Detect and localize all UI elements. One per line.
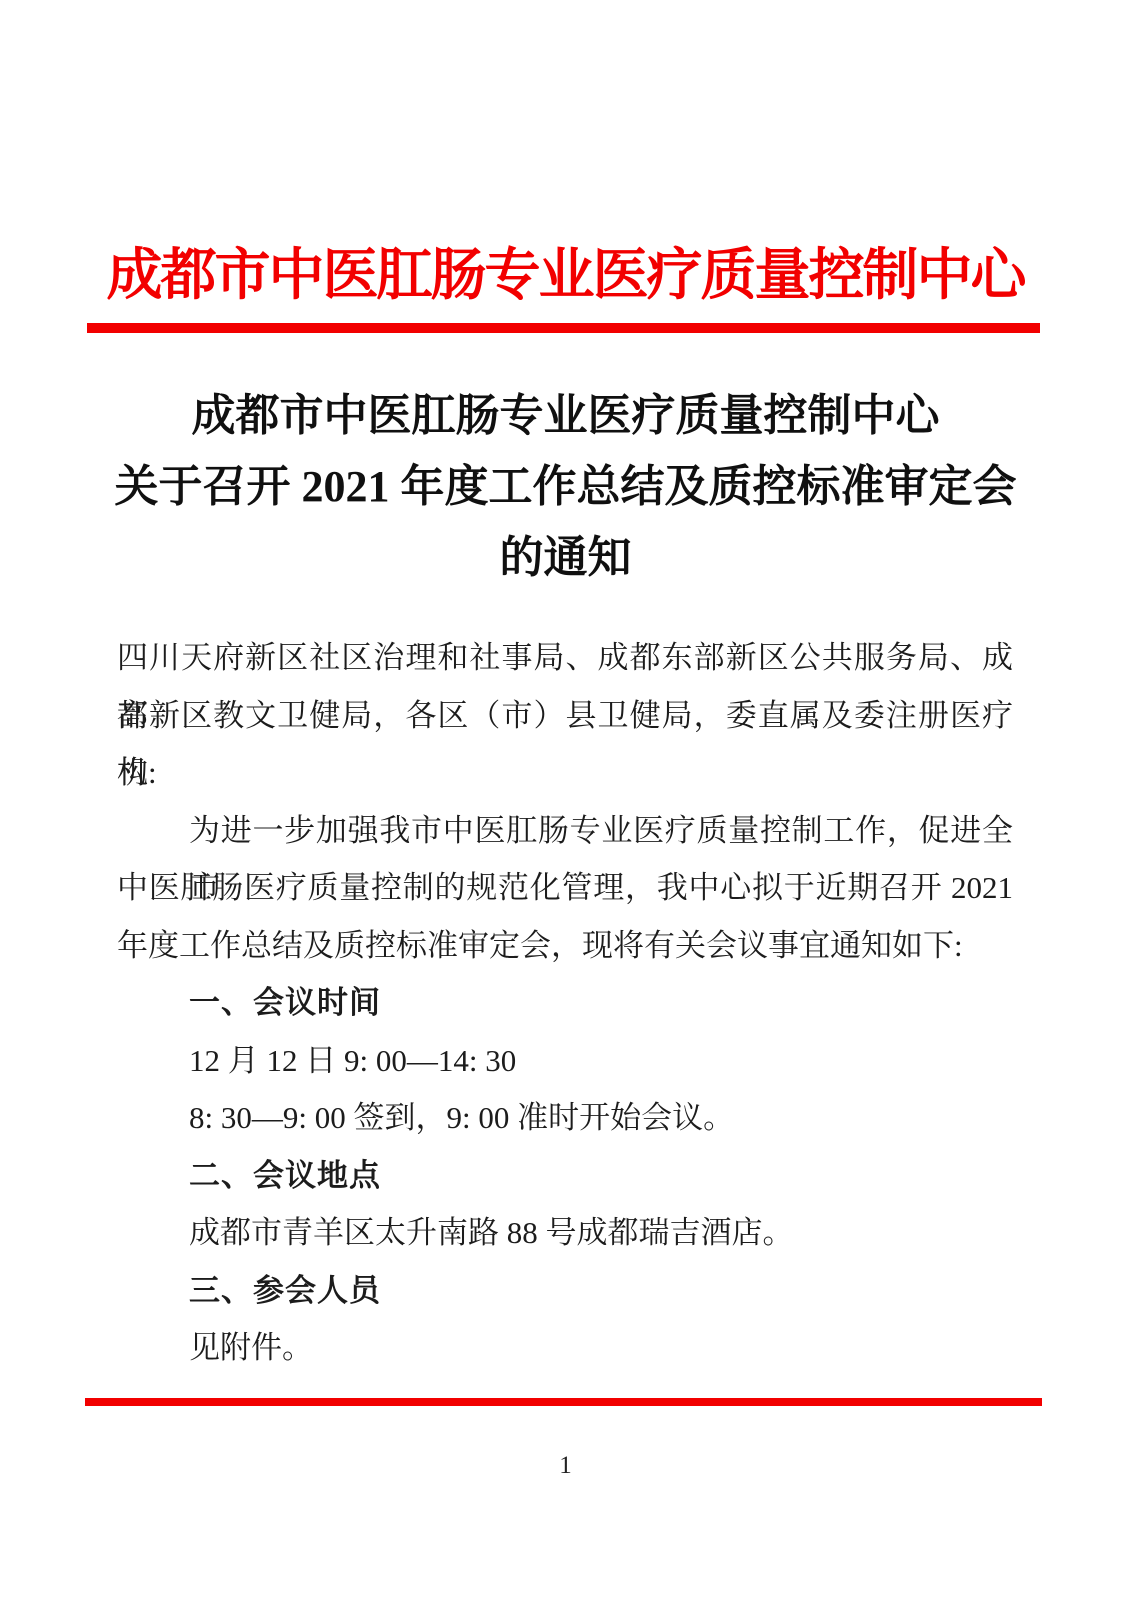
document-title-line: 的通知 xyxy=(0,522,1131,593)
page-number: 1 xyxy=(0,1452,1131,1480)
section-heading: 一、会议时间 xyxy=(117,974,1013,1032)
body-line: 高新区教文卫健局，各区（市）县卫健局，委直属及委注册医疗机 xyxy=(117,687,1013,745)
body-line: 8: 30—9: 00 签到，9: 00 准时开始会议。 xyxy=(117,1089,1013,1147)
masthead-title: 成都市中医肛肠专业医疗质量控制中心 xyxy=(0,236,1131,316)
body-line: 12 月 12 日 9: 00—14: 30 xyxy=(117,1032,1013,1090)
document-body: 四川天府新区社区治理和社事局、成都东部新区公共服务局、成都高新区教文卫健局，各区… xyxy=(117,629,1013,1377)
body-line: 为进一步加强我市中医肛肠专业医疗质量控制工作，促进全市 xyxy=(117,802,1013,860)
body-line: 中医肛肠医疗质量控制的规范化管理，我中心拟于近期召开 2021 xyxy=(117,859,1013,917)
body-line: 年度工作总结及质控标准审定会，现将有关会议事宜通知如下: xyxy=(117,917,1013,975)
masthead-rule xyxy=(87,323,1040,333)
document-title: 成都市中医肛肠专业医疗质量控制中心关于召开 2021 年度工作总结及质控标准审定… xyxy=(0,380,1131,593)
document-page: 成都市中医肛肠专业医疗质量控制中心 成都市中医肛肠专业医疗质量控制中心关于召开 … xyxy=(0,0,1131,1600)
document-title-line: 成都市中医肛肠专业医疗质量控制中心 xyxy=(0,380,1131,451)
body-line: 四川天府新区社区治理和社事局、成都东部新区公共服务局、成都 xyxy=(117,629,1013,687)
footer-rule xyxy=(85,1398,1042,1406)
body-line: 构: xyxy=(117,744,1013,802)
section-heading: 二、会议地点 xyxy=(117,1147,1013,1205)
section-heading: 三、参会人员 xyxy=(117,1262,1013,1320)
document-title-line: 关于召开 2021 年度工作总结及质控标准审定会 xyxy=(0,451,1131,522)
body-line: 见附件。 xyxy=(117,1319,1013,1377)
body-line: 成都市青羊区太升南路 88 号成都瑞吉酒店。 xyxy=(117,1204,1013,1262)
